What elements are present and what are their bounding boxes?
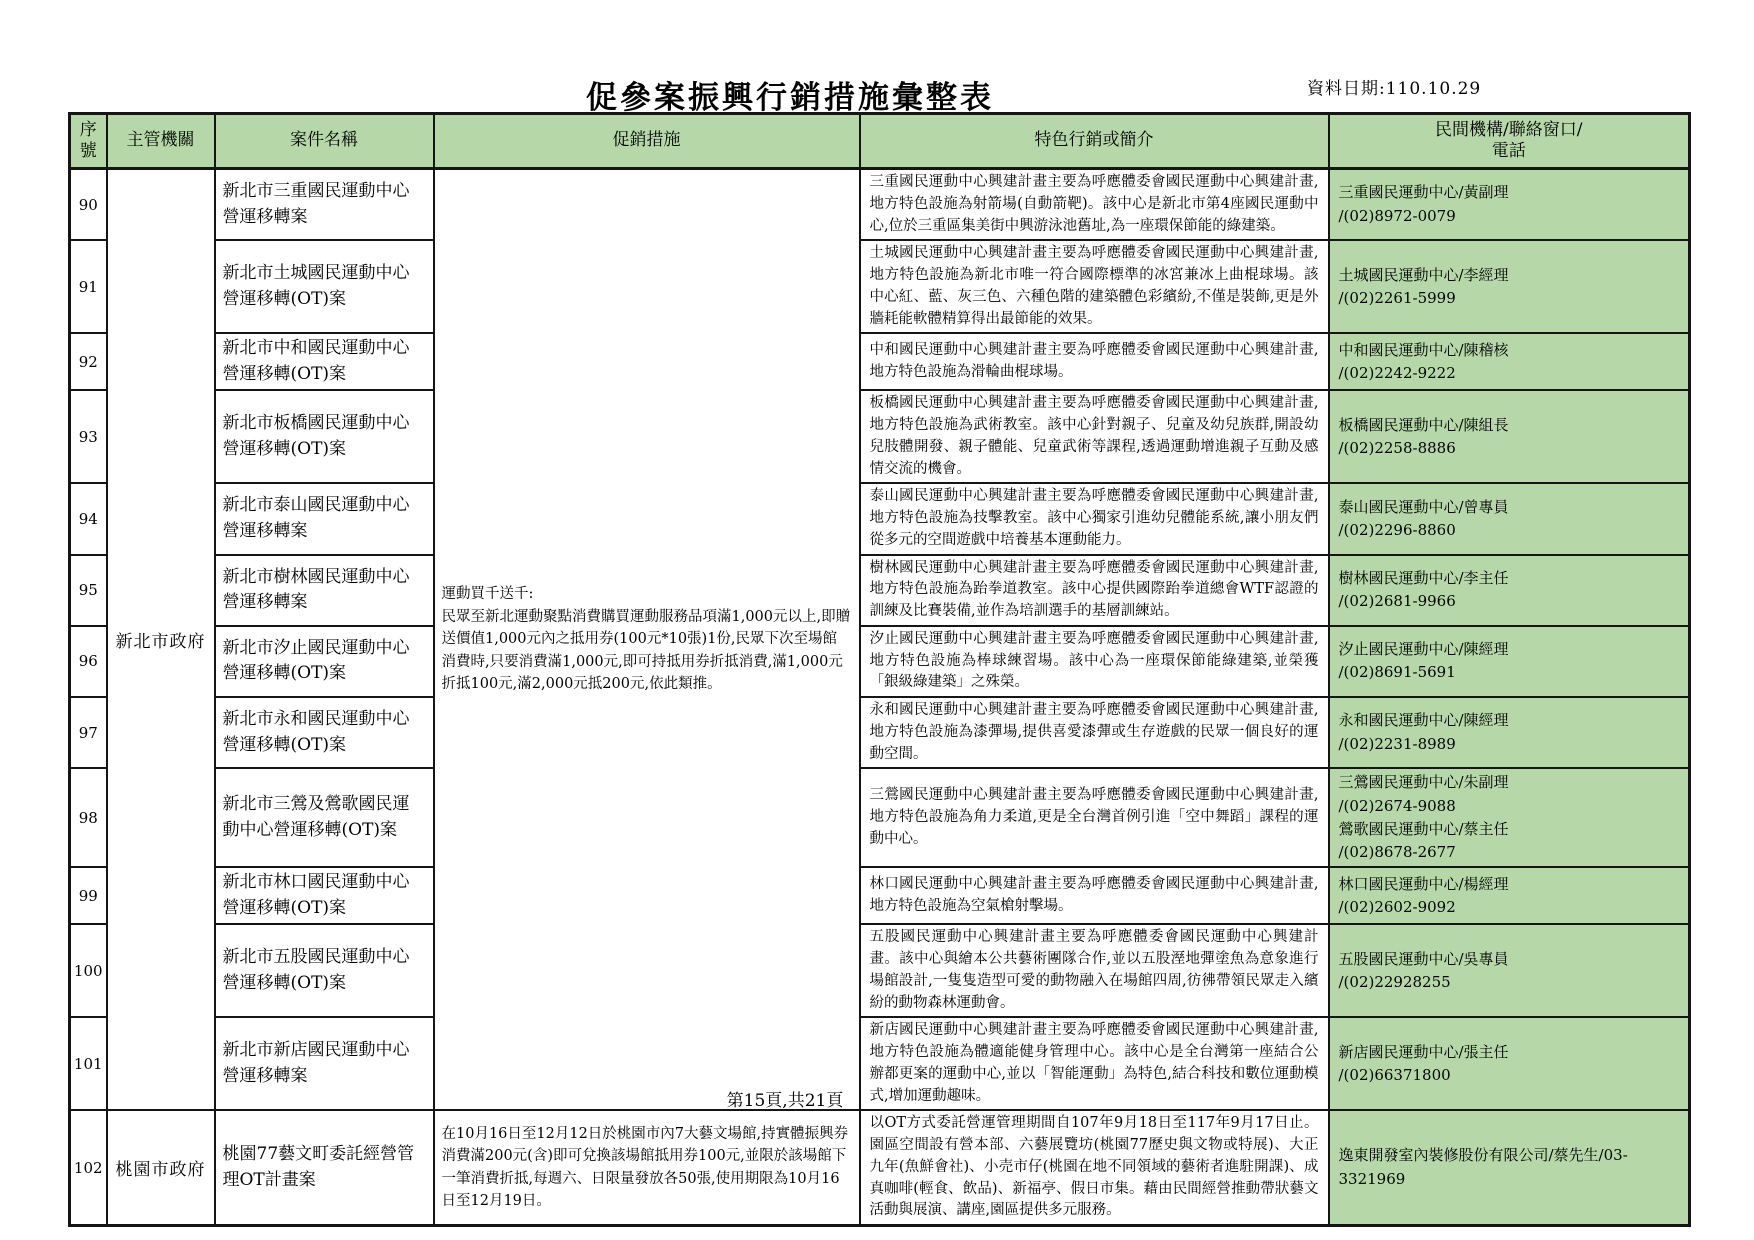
feature-cell: 五股國民運動中心興建計畫主要為呼應體委會國民運動中心興建計畫。該中心與繪本公共藝… <box>860 924 1329 1017</box>
table-row: 94 新北市泰山國民運動中心營運移轉案 泰山國民運動中心興建計畫主要為呼應體委會… <box>70 483 1690 554</box>
promo-cell: 在10月16日至12月12日於桃園市內7大藝文場館,持實體振興券消費滿200元(… <box>434 1110 860 1225</box>
table-row: 100 新北市五股國民運動中心營運移轉(OT)案 五股國民運動中心興建計畫主要為… <box>70 924 1690 1017</box>
table-row: 93 新北市板橋國民運動中心營運移轉(OT)案 板橋國民運動中心興建計畫主要為呼… <box>70 390 1690 483</box>
authority-cell-ntpc: 新北市政府 <box>107 169 215 1111</box>
contact-cell: 林口國民運動中心/楊經理 /(02)2602-9092 <box>1329 867 1690 924</box>
table-row: 91 新北市土城國民運動中心營運移轉(OT)案 土城國民運動中心興建計畫主要為呼… <box>70 240 1690 333</box>
contact-cell: 泰山國民運動中心/曾專員 /(02)2296-8860 <box>1329 483 1690 554</box>
contact-cell: 五股國民運動中心/吳專員 /(02)22928255 <box>1329 924 1690 1017</box>
row-number: 96 <box>70 626 107 697</box>
feature-cell: 三重國民運動中心興建計畫主要為呼應體委會國民運動中心興建計畫,地方特色設施為射箭… <box>860 169 1329 241</box>
row-number: 91 <box>70 240 107 333</box>
row-number: 99 <box>70 867 107 924</box>
measures-table: 序 號 主管機關 案件名稱 促銷措施 特色行銷或簡介 民間機構/聯絡窗口/ 電話… <box>68 112 1691 1227</box>
case-name: 新北市三鶯及鶯歌國民運動中心營運移轉(OT)案 <box>215 768 434 867</box>
table-row: 95 新北市樹林國民運動中心營運移轉案 樹林國民運動中心興建計畫主要為呼應體委會… <box>70 555 1690 626</box>
feature-cell: 板橋國民運動中心興建計畫主要為呼應體委會國民運動中心興建計畫,地方特色設施為武術… <box>860 390 1329 483</box>
case-name: 新北市中和國民運動中心營運移轉(OT)案 <box>215 333 434 390</box>
row-number: 97 <box>70 697 107 768</box>
table-row: 96 新北市汐止國民運動中心營運移轉(OT)案 汐止國民運動中心興建計畫主要為呼… <box>70 626 1690 697</box>
row-number: 94 <box>70 483 107 554</box>
case-name: 新北市土城國民運動中心營運移轉(OT)案 <box>215 240 434 333</box>
feature-cell: 林口國民運動中心興建計畫主要為呼應體委會國民運動中心興建計畫,地方特色設施為空氣… <box>860 867 1329 924</box>
row-number: 90 <box>70 169 107 241</box>
feature-cell: 樹林國民運動中心興建計畫主要為呼應體委會國民運動中心興建計畫,地方特色設施為跆拳… <box>860 555 1329 626</box>
contact-cell: 樹林國民運動中心/李主任 /(02)2681-9966 <box>1329 555 1690 626</box>
feature-cell: 汐止國民運動中心興建計畫主要為呼應體委會國民運動中心興建計畫,地方特色設施為棒球… <box>860 626 1329 697</box>
case-name: 新北市泰山國民運動中心營運移轉案 <box>215 483 434 554</box>
feature-cell: 三鶯國民運動中心興建計畫主要為呼應體委會國民運動中心興建計畫,地方特色設施為角力… <box>860 768 1329 867</box>
page-footer: 第15頁,共21頁 <box>0 1086 1570 1111</box>
header-no: 序 號 <box>70 114 107 169</box>
header-authority: 主管機關 <box>107 114 215 169</box>
header-row: 序 號 主管機關 案件名稱 促銷措施 特色行銷或簡介 民間機構/聯絡窗口/ 電話 <box>70 114 1690 169</box>
feature-cell: 泰山國民運動中心興建計畫主要為呼應體委會國民運動中心興建計畫,地方特色設施為技擊… <box>860 483 1329 554</box>
contact-cell: 板橋國民運動中心/陳組長 /(02)2258-8886 <box>1329 390 1690 483</box>
case-name: 新北市林口國民運動中心營運移轉(OT)案 <box>215 867 434 924</box>
header-feature: 特色行銷或簡介 <box>860 114 1329 169</box>
contact-cell: 三重國民運動中心/黃副理 /(02)8972-0079 <box>1329 169 1690 241</box>
table-row: 90 新北市政府 新北市三重國民運動中心營運移轉案 運動買千送千: 民眾至新北運… <box>70 169 1690 241</box>
row-number: 98 <box>70 768 107 867</box>
contact-cell: 永和國民運動中心/陳經理 /(02)2231-8989 <box>1329 697 1690 768</box>
case-name: 新北市板橋國民運動中心營運移轉(OT)案 <box>215 390 434 483</box>
contact-cell: 汐止國民運動中心/陳經理 /(02)8691-5691 <box>1329 626 1690 697</box>
table-row: 102 桃園市政府 桃園77藝文町委託經營管理OT計畫案 在10月16日至12月… <box>70 1110 1690 1225</box>
contact-cell: 逸東開發室內裝修股份有限公司/蔡先生/03-3321969 <box>1329 1110 1690 1225</box>
row-number: 100 <box>70 924 107 1017</box>
header-contact: 民間機構/聯絡窗口/ 電話 <box>1329 114 1690 169</box>
table-row: 98 新北市三鶯及鶯歌國民運動中心營運移轉(OT)案 三鶯國民運動中心興建計畫主… <box>70 768 1690 867</box>
row-number: 95 <box>70 555 107 626</box>
header-promo: 促銷措施 <box>434 114 860 169</box>
promo-cell-ntpc: 運動買千送千: 民眾至新北運動聚點消費購買運動服務品項滿1,000元以上,即贈送… <box>434 169 860 1111</box>
case-name: 新北市永和國民運動中心營運移轉(OT)案 <box>215 697 434 768</box>
table-row: 97 新北市永和國民運動中心營運移轉(OT)案 永和國民運動中心興建計畫主要為呼… <box>70 697 1690 768</box>
contact-cell: 土城國民運動中心/李經理 /(02)2261-5999 <box>1329 240 1690 333</box>
table-row: 92 新北市中和國民運動中心營運移轉(OT)案 中和國民運動中心興建計畫主要為呼… <box>70 333 1690 390</box>
row-number: 102 <box>70 1110 107 1225</box>
header-case: 案件名稱 <box>215 114 434 169</box>
feature-cell: 土城國民運動中心興建計畫主要為呼應體委會國民運動中心興建計畫,地方特色設施為新北… <box>860 240 1329 333</box>
feature-cell: 永和國民運動中心興建計畫主要為呼應體委會國民運動中心興建計畫,地方特色設施為漆彈… <box>860 697 1329 768</box>
case-name: 新北市五股國民運動中心營運移轉(OT)案 <box>215 924 434 1017</box>
case-name: 新北市樹林國民運動中心營運移轉案 <box>215 555 434 626</box>
document-page: 促參案振興行銷措施彙整表 資料日期:110.10.29 序 號 主管機關 案件名… <box>0 0 1754 1240</box>
case-name: 桃園77藝文町委託經營管理OT計畫案 <box>215 1110 434 1225</box>
table-row: 99 新北市林口國民運動中心營運移轉(OT)案 林口國民運動中心興建計畫主要為呼… <box>70 867 1690 924</box>
case-name: 新北市汐止國民運動中心營運移轉(OT)案 <box>215 626 434 697</box>
feature-cell: 中和國民運動中心興建計畫主要為呼應體委會國民運動中心興建計畫,地方特色設施為滑輪… <box>860 333 1329 390</box>
row-number: 93 <box>70 390 107 483</box>
data-date-label: 資料日期:110.10.29 <box>1307 74 1481 99</box>
authority-cell-taoyuan: 桃園市政府 <box>107 1110 215 1225</box>
case-name: 新北市三重國民運動中心營運移轉案 <box>215 169 434 241</box>
contact-cell: 中和國民運動中心/陳稽核 /(02)2242-9222 <box>1329 333 1690 390</box>
contact-cell: 三鶯國民運動中心/朱副理 /(02)2674-9088 鶯歌國民運動中心/蔡主任… <box>1329 768 1690 867</box>
row-number: 92 <box>70 333 107 390</box>
feature-cell: 以OT方式委託營運管理期間自107年9月18日至117年9月17日止。園區空間設… <box>860 1110 1329 1225</box>
